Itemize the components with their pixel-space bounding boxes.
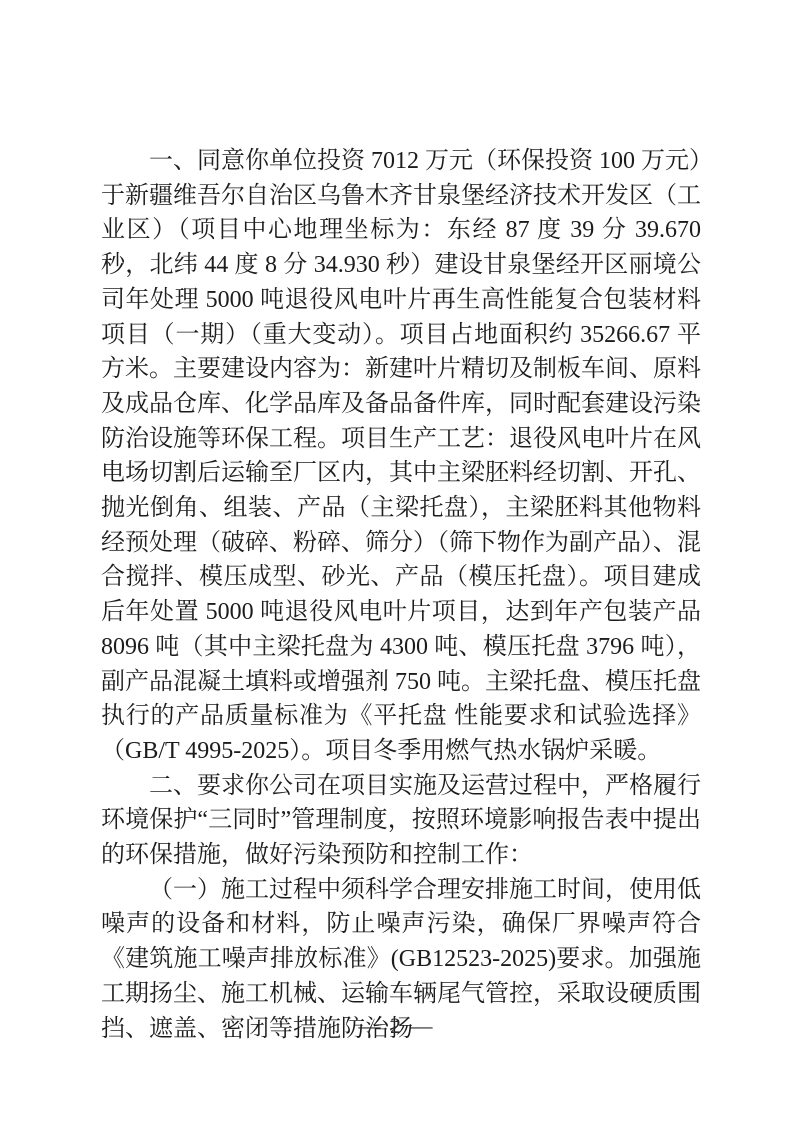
document-page: 一、同意你单位投资 7012 万元（环保投资 100 万元）于新疆维吾尔自治区乌… (0, 0, 793, 1122)
page-number: — 2 — (0, 1013, 793, 1039)
document-body: 一、同意你单位投资 7012 万元（环保投资 100 万元）于新疆维吾尔自治区乌… (101, 144, 701, 1046)
body-paragraph-approval: 一、同意你单位投资 7012 万元（环保投资 100 万元）于新疆维吾尔自治区乌… (101, 144, 701, 769)
body-paragraph-requirements: 二、要求你公司在项目实施及运营过程中，严格履行环境保护“三同时”管理制度，按照环… (101, 769, 701, 873)
